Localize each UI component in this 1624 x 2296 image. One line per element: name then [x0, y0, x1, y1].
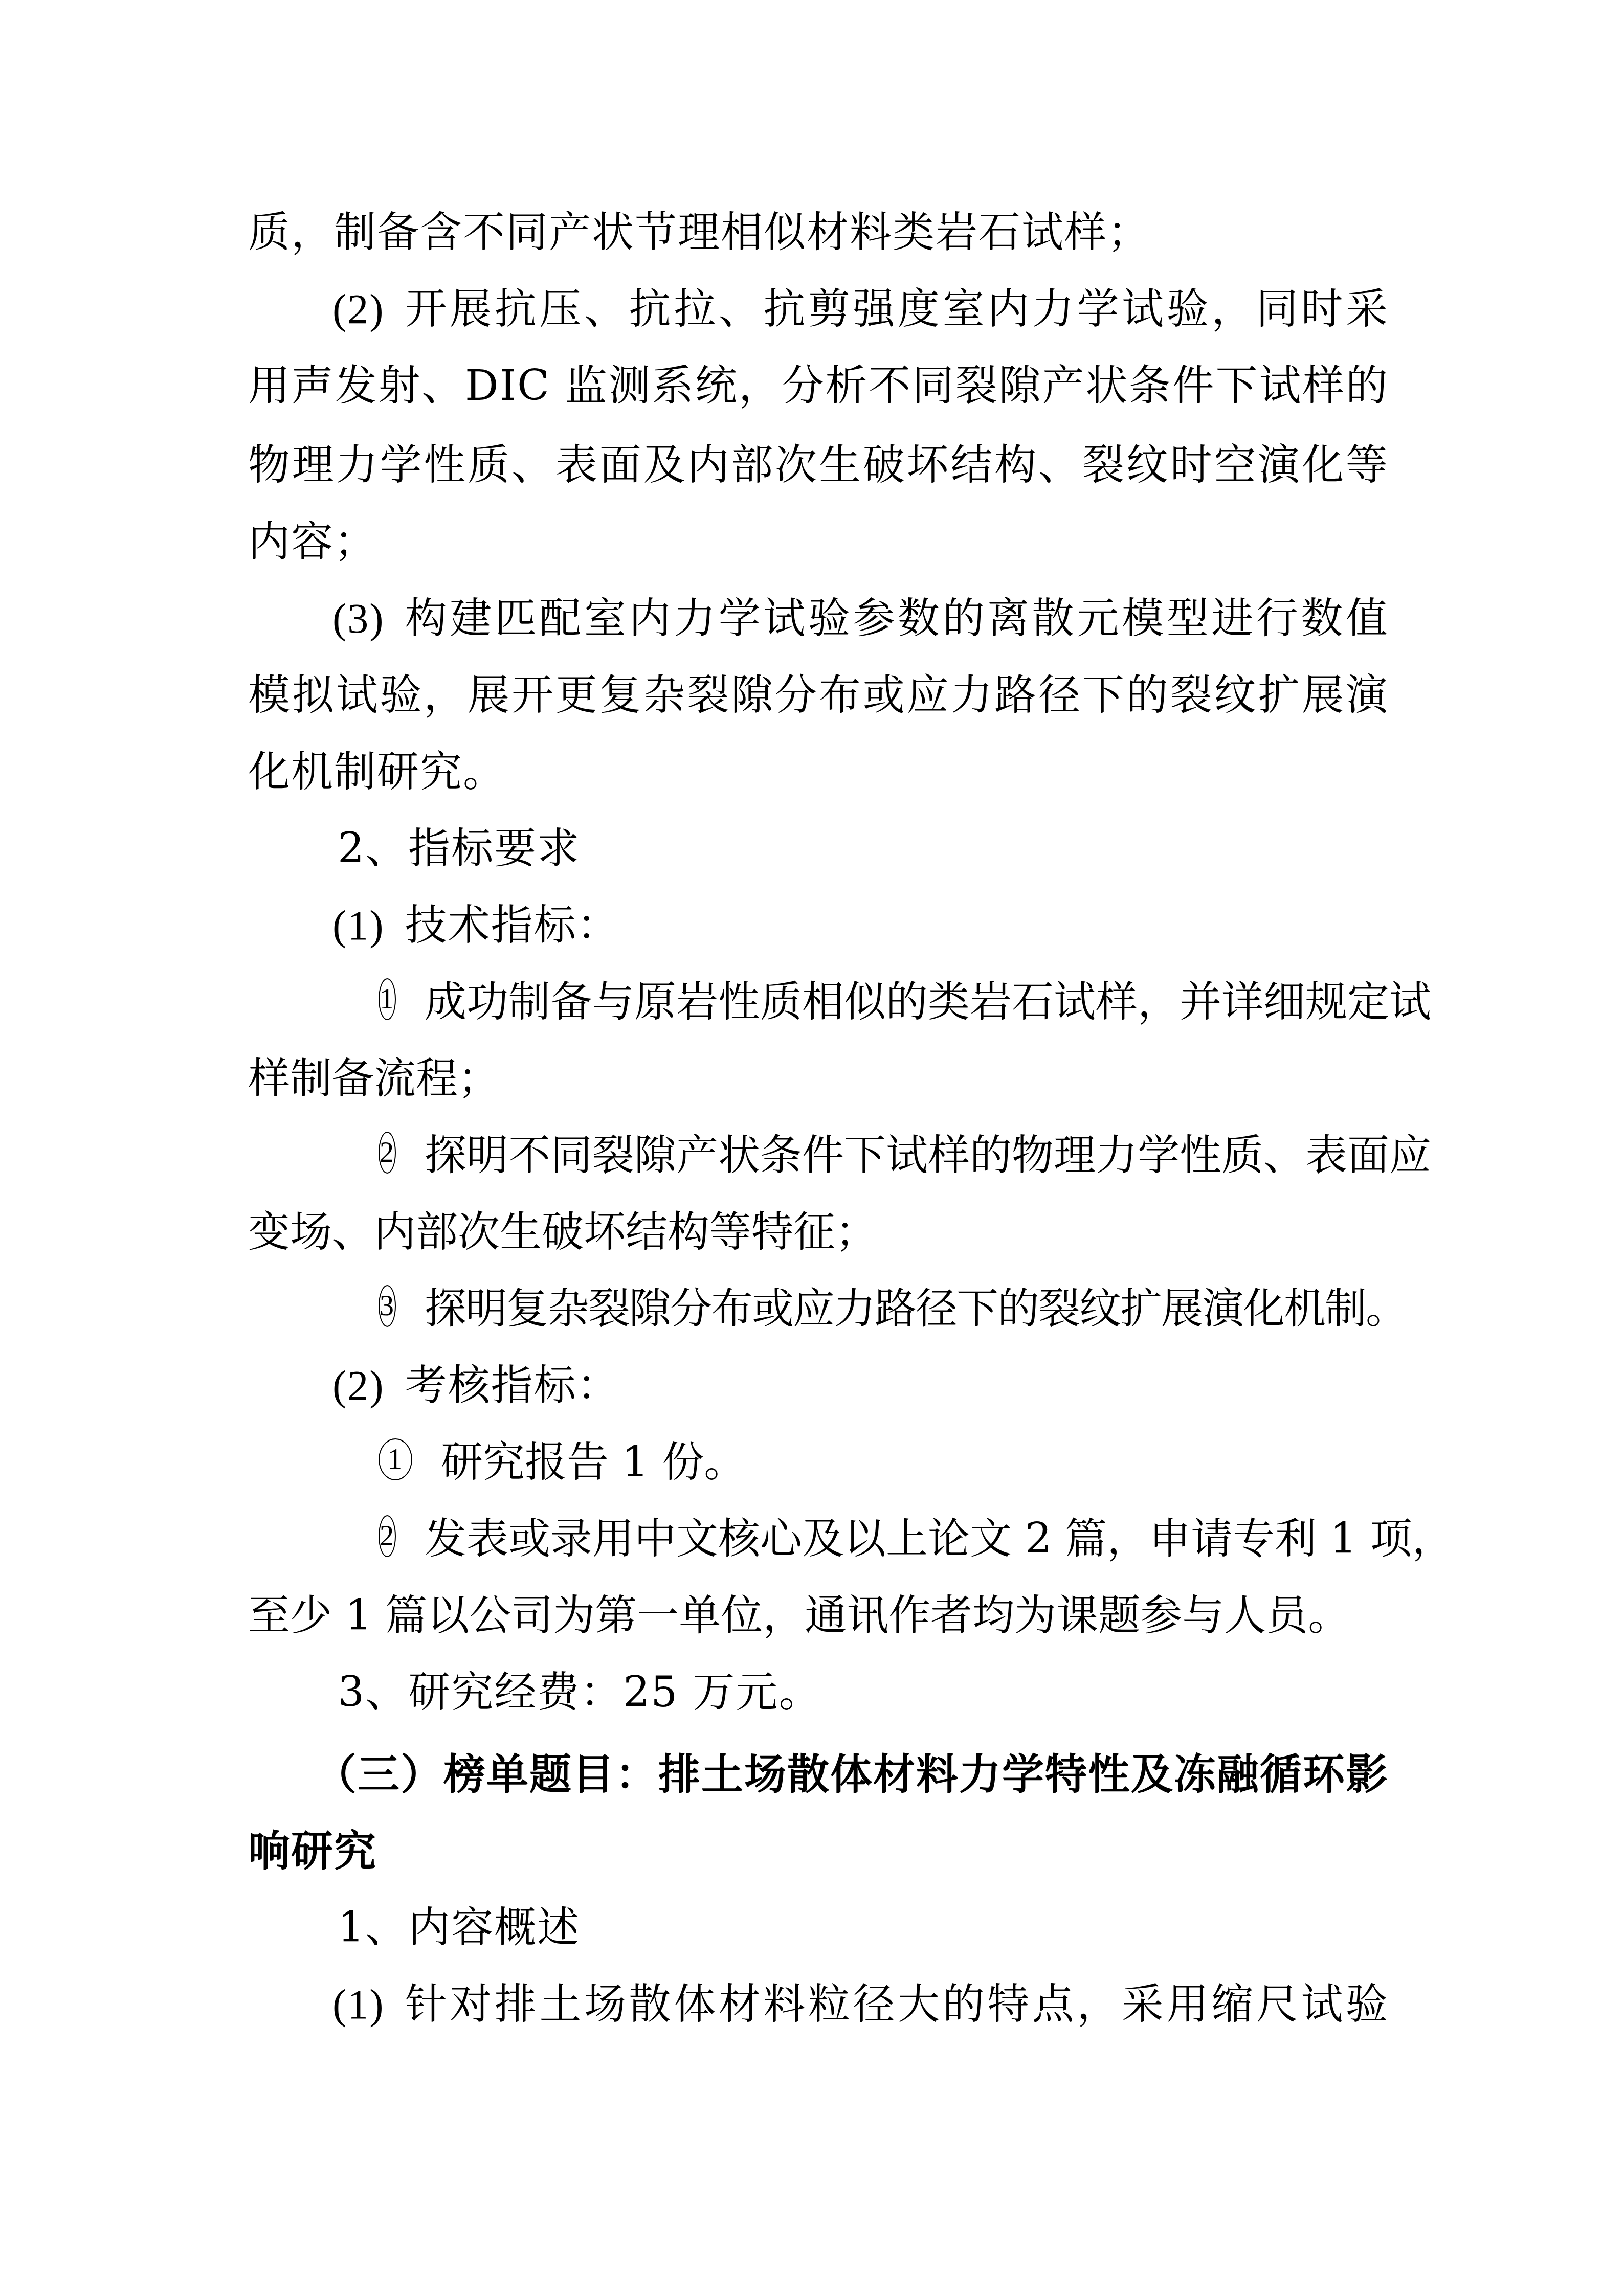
text-line: 研究报告 1 份。 [441, 1437, 1389, 1488]
text-line: 物理力学性质、表面及内部次生破坏结构、裂纹时空演化等 [248, 440, 1389, 491]
section-title-3-cont: 响研究 [248, 1826, 1389, 1877]
list-item-2: (2) 开展抗压、抗拉、抗剪强度室内力学试验，同时采 [332, 284, 1389, 335]
list-marker: (2) [332, 1360, 385, 1411]
list-marker: (1) [332, 900, 385, 951]
text-line: 成功制备与原岩性质相似的类岩石试样，并详细规定试 [425, 977, 1431, 1028]
text-line: 变场、内部次生破坏结构等特征； [248, 1207, 1389, 1258]
text-line: 质，制备含不同产状节理相似材料类岩石试样； [248, 207, 1389, 258]
circled-number: 2 [379, 1515, 396, 1557]
section-heading-funding: 3、研究经费：25 万元。 [338, 1667, 1478, 1718]
document-page: 质，制备含不同产状节理相似材料类岩石试样； (2) 开展抗压、抗拉、抗剪强度室内… [0, 0, 1624, 2296]
text-line: 内容； [248, 516, 1389, 568]
circled-item-assess-2: 2 发表或录用中文核心及以上论文 2 篇，申请专利 1 项， [379, 1514, 1389, 1565]
text-line: 开展抗压、抗拉、抗剪强度室内力学试验，同时采 [405, 284, 1389, 335]
text-line: 模拟试验，展开更复杂裂隙分布或应力路径下的裂纹扩展演 [248, 670, 1389, 721]
text-line: 至少 1 篇以公司为第一单位，通讯作者均为课题参与人员。 [248, 1590, 1389, 1641]
circled-item-3: 3 探明复杂裂隙分布或应力路径下的裂纹扩展演化机制。 [379, 1284, 1389, 1335]
text-line: 发表或录用中文核心及以上论文 2 篇，申请专利 1 项， [425, 1514, 1454, 1565]
list-item-3: (3) 构建匹配室内力学试验参数的离散元模型进行数值 [332, 593, 1389, 644]
list-item-1: (1) 针对排土场散体材料粒径大的特点，采用缩尺试验 [332, 1979, 1389, 2030]
list-marker: (1) [332, 1979, 385, 2030]
subsection-assessment: (2) 考核指标： [332, 1360, 1389, 1411]
section-heading-content: 1、内容概述 [338, 1902, 1478, 1953]
circled-item-1: 1 成功制备与原岩性质相似的类岩石试样，并详细规定试 [379, 977, 1389, 1028]
subsection-technical: (1) 技术指标： [332, 900, 1389, 951]
section-heading-indicators: 2、指标要求 [338, 823, 1478, 874]
circled-number: 2 [379, 1132, 396, 1174]
text-line: 样制备流程； [248, 1053, 1389, 1105]
list-marker: (3) [332, 593, 385, 644]
list-marker: (2) [332, 284, 385, 335]
circled-number: 3 [379, 1285, 396, 1327]
text-line: 构建匹配室内力学试验参数的离散元模型进行数值 [405, 593, 1389, 644]
text-line: 化机制研究。 [248, 747, 1389, 798]
circled-item-assess-1: 1 研究报告 1 份。 [379, 1437, 1389, 1488]
text-line: 探明不同裂隙产状条件下试样的物理力学性质、表面应 [425, 1130, 1431, 1181]
circled-number: 1 [379, 978, 396, 1020]
text-line: 探明复杂裂隙分布或应力路径下的裂纹扩展演化机制。 [425, 1284, 1407, 1335]
text-line: 考核指标： [405, 1360, 1389, 1411]
circled-number: 1 [379, 1438, 412, 1480]
text-line: 技术指标： [405, 900, 1389, 951]
circled-item-2: 2 探明不同裂隙产状条件下试样的物理力学性质、表面应 [379, 1130, 1389, 1181]
section-title-3: （三）榜单题目：排土场散体材料力学特性及冻融循环影 [315, 1749, 1389, 1800]
text-line: 用声发射、DIC 监测系统，分析不同裂隙产状条件下试样的 [248, 361, 1389, 412]
text-line: 针对排土场散体材料粒径大的特点，采用缩尺试验 [405, 1979, 1389, 2030]
